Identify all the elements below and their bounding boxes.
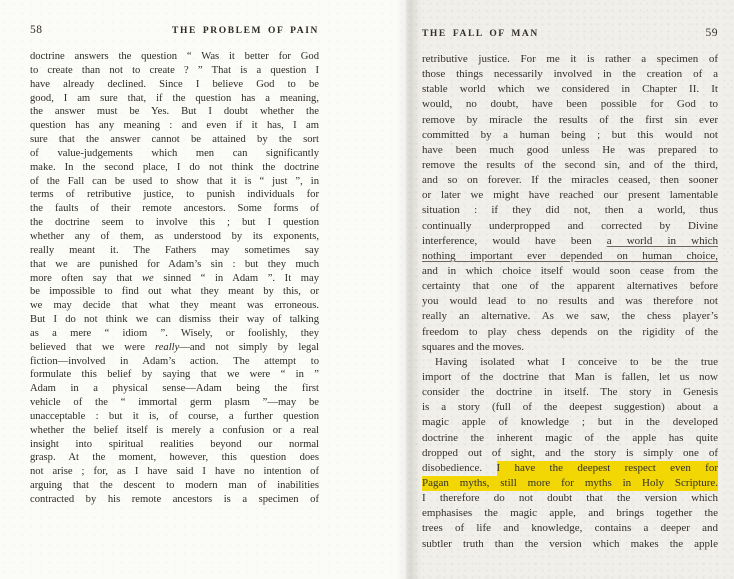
text-line: remove the results of the second sin, an… <box>422 158 718 173</box>
text-segment: vehicle of the “ immortal germ plasm ”—m… <box>30 397 319 408</box>
text-line: is a story (full of the deepest suggesti… <box>422 400 718 415</box>
text-segment: doctrine the inherent magic of the apple… <box>422 432 718 444</box>
text-line: squares and the moves. <box>422 340 718 355</box>
text-line: subtler truth than the version which mak… <box>422 537 718 552</box>
text-segment: remove the results of the second sin, an… <box>422 159 718 171</box>
text-segment: stable world which we considered in Chap… <box>422 83 718 95</box>
right-page-text: retributive justice. For me it is rather… <box>422 52 718 552</box>
text-segment: that we are punished for Adam’s sin : bu… <box>30 259 319 270</box>
text-line: as a mere “ idiom ”. Wisely, or foolishl… <box>30 327 319 341</box>
text-line: doctrine the inherent magic of the apple… <box>422 431 718 446</box>
text-segment: I therefore do not doubt that the versio… <box>422 492 718 504</box>
text-segment: remove by miracle the results of the fir… <box>422 114 718 126</box>
text-line: arguing that the descent to modern man o… <box>30 479 319 493</box>
text-line: good, I am sure that, if the question ha… <box>30 92 319 106</box>
text-segment: —and not simply by legal <box>179 342 319 353</box>
text-segment: certainty that one of the apparent alter… <box>422 280 718 292</box>
text-line: dropped out of sight, and the story is s… <box>422 446 718 461</box>
text-line: have been much good unless He was prepar… <box>422 143 718 158</box>
text-segment: more often say that <box>30 273 142 284</box>
text-line: vehicle of the “ immortal germ plasm ”—m… <box>30 396 319 410</box>
text-segment: insight into spiritual realities beyond … <box>30 439 319 450</box>
text-segment: Adam in a physical sense—Adam being the … <box>30 383 319 394</box>
text-line: consider the doctrine in itself. The sto… <box>422 385 718 400</box>
right-page: THE FALL OF MAN 59 retributive justice. … <box>406 0 734 579</box>
text-line: you would lead to no results and was the… <box>422 294 718 309</box>
text-line: be impossible to find out what they mean… <box>30 285 319 299</box>
text-line: Adam in a physical sense—Adam being the … <box>30 382 319 396</box>
text-segment: have already declined. Since I believe G… <box>30 79 319 90</box>
text-segment: situation : if they did not, then a worl… <box>422 204 718 216</box>
text-line: formulate this belief by saying that we … <box>30 368 319 382</box>
text-line: certainty that one of the apparent alter… <box>422 279 718 294</box>
text-line: disobedience. I have the deepest respect… <box>422 461 718 476</box>
text-segment: sinned “ in Adam ”. It may <box>154 273 319 284</box>
text-segment: be impossible to find out what they mean… <box>30 286 319 297</box>
text-line: the doctrine seem to involve this ; but … <box>30 216 319 230</box>
text-segment: terms of retributive justice, to punish … <box>30 189 319 200</box>
text-segment: freedom to play chess depends on the rig… <box>422 326 718 338</box>
text-segment: the faults of their remote ancestors. So… <box>30 203 319 214</box>
text-segment: consider the doctrine in itself. The sto… <box>422 386 718 398</box>
text-line: I therefore do not doubt that the versio… <box>422 491 718 506</box>
right-page-number: 59 <box>706 27 719 39</box>
text-segment: magic apple of knowledge ; but in the de… <box>422 416 718 428</box>
text-segment: have been much good unless He was prepar… <box>422 144 718 156</box>
left-page-number: 58 <box>30 24 43 36</box>
text-segment: dropped out of sight, and the story is s… <box>422 447 718 459</box>
text-line: have already declined. Since I believe G… <box>30 78 319 92</box>
text-line: freedom to play chess depends on the rig… <box>422 325 718 340</box>
underlined-text: nothing important ever depended on human… <box>422 250 718 262</box>
left-page: 58 THE PROBLEM OF PAIN doctrine answers … <box>0 0 406 579</box>
text-line: doctrine answers the question “ Was it b… <box>30 50 319 64</box>
text-segment: grasp. At the moment, however, this ques… <box>30 452 319 463</box>
text-segment: you would lead to no results and was the… <box>422 295 718 307</box>
text-segment: those things necessarily involved in the… <box>422 68 718 80</box>
text-line: unacceptable : but it is, of course, a f… <box>30 410 319 424</box>
text-line: whether the belief itself is merely a co… <box>30 424 319 438</box>
right-page-header: THE FALL OF MAN 59 <box>422 27 718 39</box>
text-line: make. In the second place, I do not thin… <box>30 161 319 175</box>
text-line: But I do not think we can dismiss their … <box>30 313 319 327</box>
text-segment: of the Fall can be used to show that it … <box>30 176 319 187</box>
text-segment: disobedience. <box>422 462 497 474</box>
text-line: whether any of them, as understood by it… <box>30 230 319 244</box>
text-segment: arguing that the descent to modern man o… <box>30 480 319 491</box>
text-line: the answer must be Yes. But I doubt whet… <box>30 105 319 119</box>
text-segment: we may decide that what they meant was e… <box>30 300 319 311</box>
text-segment: really an alternative. As we saw, the ch… <box>422 310 718 322</box>
text-line: import of the doctrine that Man is falle… <box>422 370 718 385</box>
text-segment: continually underpropped and corrected b… <box>422 220 718 232</box>
text-segment: whether the belief itself is merely a co… <box>30 425 319 436</box>
text-segment: believed that we were <box>30 342 155 353</box>
text-line: continually underpropped and corrected b… <box>422 219 718 234</box>
text-line: those things necessarily involved in the… <box>422 67 718 82</box>
italic-text: really <box>155 342 179 353</box>
text-segment: Having isolated what I conceive to be th… <box>435 356 718 368</box>
text-line: grasp. At the moment, however, this ques… <box>30 451 319 465</box>
text-line: situation : if they did not, then a worl… <box>422 203 718 218</box>
text-segment: or later we might have reached our prese… <box>422 189 718 201</box>
italic-text: we <box>142 273 154 284</box>
highlighted-text: Pagan myths, still more for myths in Hol… <box>422 476 718 491</box>
text-line: nothing important ever depended on human… <box>422 249 718 264</box>
text-line: not arise ; for, as I have said I have n… <box>30 465 319 479</box>
text-segment: and in which choice itself would soon ce… <box>422 265 718 277</box>
text-segment: But I do not think we can dismiss their … <box>30 314 319 325</box>
text-line: we may decide that what they meant was e… <box>30 299 319 313</box>
text-segment: contracted by his remote ancestors is a … <box>30 494 319 505</box>
text-segment: and so on forever. If the miracles cease… <box>422 174 718 186</box>
text-line: that we are punished for Adam’s sin : bu… <box>30 258 319 272</box>
text-segment: trees of life and knowledge, contains a … <box>422 522 718 534</box>
text-line: committed by a human being ; but this wo… <box>422 128 718 143</box>
text-line: Having isolated what I conceive to be th… <box>422 355 718 370</box>
left-running-head: THE PROBLEM OF PAIN <box>172 26 319 36</box>
underlined-text: a world in which <box>607 235 718 247</box>
text-line: stable world which we considered in Chap… <box>422 82 718 97</box>
text-segment: committed by a human being ; but this wo… <box>422 129 718 141</box>
text-line: more often say that we sinned “ in Adam … <box>30 272 319 286</box>
text-segment: fiction—involved in Adam’s action. The a… <box>30 356 319 367</box>
text-segment: emphasises the magic apple, and brings t… <box>422 507 718 519</box>
text-line: insight into spiritual realities beyond … <box>30 438 319 452</box>
text-line: the faults of their remote ancestors. So… <box>30 202 319 216</box>
text-segment: sure that the answer cannot be attained … <box>30 134 319 145</box>
text-line: really meant it. The Fathers may sometim… <box>30 244 319 258</box>
text-line: retributive justice. For me it is rather… <box>422 52 718 67</box>
text-line: emphasises the magic apple, and brings t… <box>422 506 718 521</box>
text-line: to create than not to create ? ” That is… <box>30 64 319 78</box>
text-segment: question has any meaning : and even if i… <box>30 120 319 131</box>
text-line: and in which choice itself would soon ce… <box>422 264 718 279</box>
text-line: remove by miracle the results of the fir… <box>422 113 718 128</box>
text-line: and so on forever. If the miracles cease… <box>422 173 718 188</box>
text-line: of value-judgements which men can signif… <box>30 147 319 161</box>
text-segment: whether any of them, as understood by it… <box>30 231 319 242</box>
text-line: believed that we were really—and not sim… <box>30 341 319 355</box>
text-segment: really meant it. The Fathers may sometim… <box>30 245 319 256</box>
text-line: contracted by his remote ancestors is a … <box>30 493 319 507</box>
text-segment: of value-judgements which men can signif… <box>30 148 319 159</box>
text-segment: the doctrine seem to involve this ; but … <box>30 217 319 228</box>
highlighted-text: I have the deepest respect even for <box>497 461 719 476</box>
right-running-head: THE FALL OF MAN <box>422 29 539 39</box>
text-line: interference, would have been a world in… <box>422 234 718 249</box>
text-line: would, no doubt, have been possible for … <box>422 97 718 112</box>
text-segment: is a story (full of the deepest suggesti… <box>422 401 718 413</box>
text-segment: import of the doctrine that Man is falle… <box>422 371 718 383</box>
text-segment: the answer must be Yes. But I doubt whet… <box>30 106 319 117</box>
text-segment: formulate this belief by saying that we … <box>30 369 319 380</box>
text-line: magic apple of knowledge ; but in the de… <box>422 415 718 430</box>
left-page-text: doctrine answers the question “ Was it b… <box>30 50 319 507</box>
text-segment: to create than not to create ? ” That is… <box>30 65 319 76</box>
text-line: really an alternative. As we saw, the ch… <box>422 309 718 324</box>
text-line: terms of retributive justice, to punish … <box>30 188 319 202</box>
text-segment: interference, would have been <box>422 235 607 247</box>
text-segment: doctrine answers the question “ Was it b… <box>30 51 319 62</box>
text-line: trees of life and knowledge, contains a … <box>422 521 718 536</box>
text-line: Pagan myths, still more for myths in Hol… <box>422 476 718 491</box>
text-line: or later we might have reached our prese… <box>422 188 718 203</box>
text-line: fiction—involved in Adam’s action. The a… <box>30 355 319 369</box>
text-segment: make. In the second place, I do not thin… <box>30 162 319 173</box>
text-line: question has any meaning : and even if i… <box>30 119 319 133</box>
text-segment: not arise ; for, as I have said I have n… <box>30 466 319 477</box>
text-segment: as a mere “ idiom ”. Wisely, or foolishl… <box>30 328 319 339</box>
text-segment: squares and the moves. <box>422 341 524 353</box>
text-line: sure that the answer cannot be attained … <box>30 133 319 147</box>
left-page-header: 58 THE PROBLEM OF PAIN <box>30 24 319 36</box>
text-segment: good, I am sure that, if the question ha… <box>30 93 319 104</box>
text-segment: subtler truth than the version which mak… <box>422 538 718 550</box>
text-segment: retributive justice. For me it is rather… <box>422 53 718 65</box>
text-segment: unacceptable : but it is, of course, a f… <box>30 411 319 422</box>
text-segment: would, no doubt, have been possible for … <box>422 98 718 110</box>
text-line: of the Fall can be used to show that it … <box>30 175 319 189</box>
